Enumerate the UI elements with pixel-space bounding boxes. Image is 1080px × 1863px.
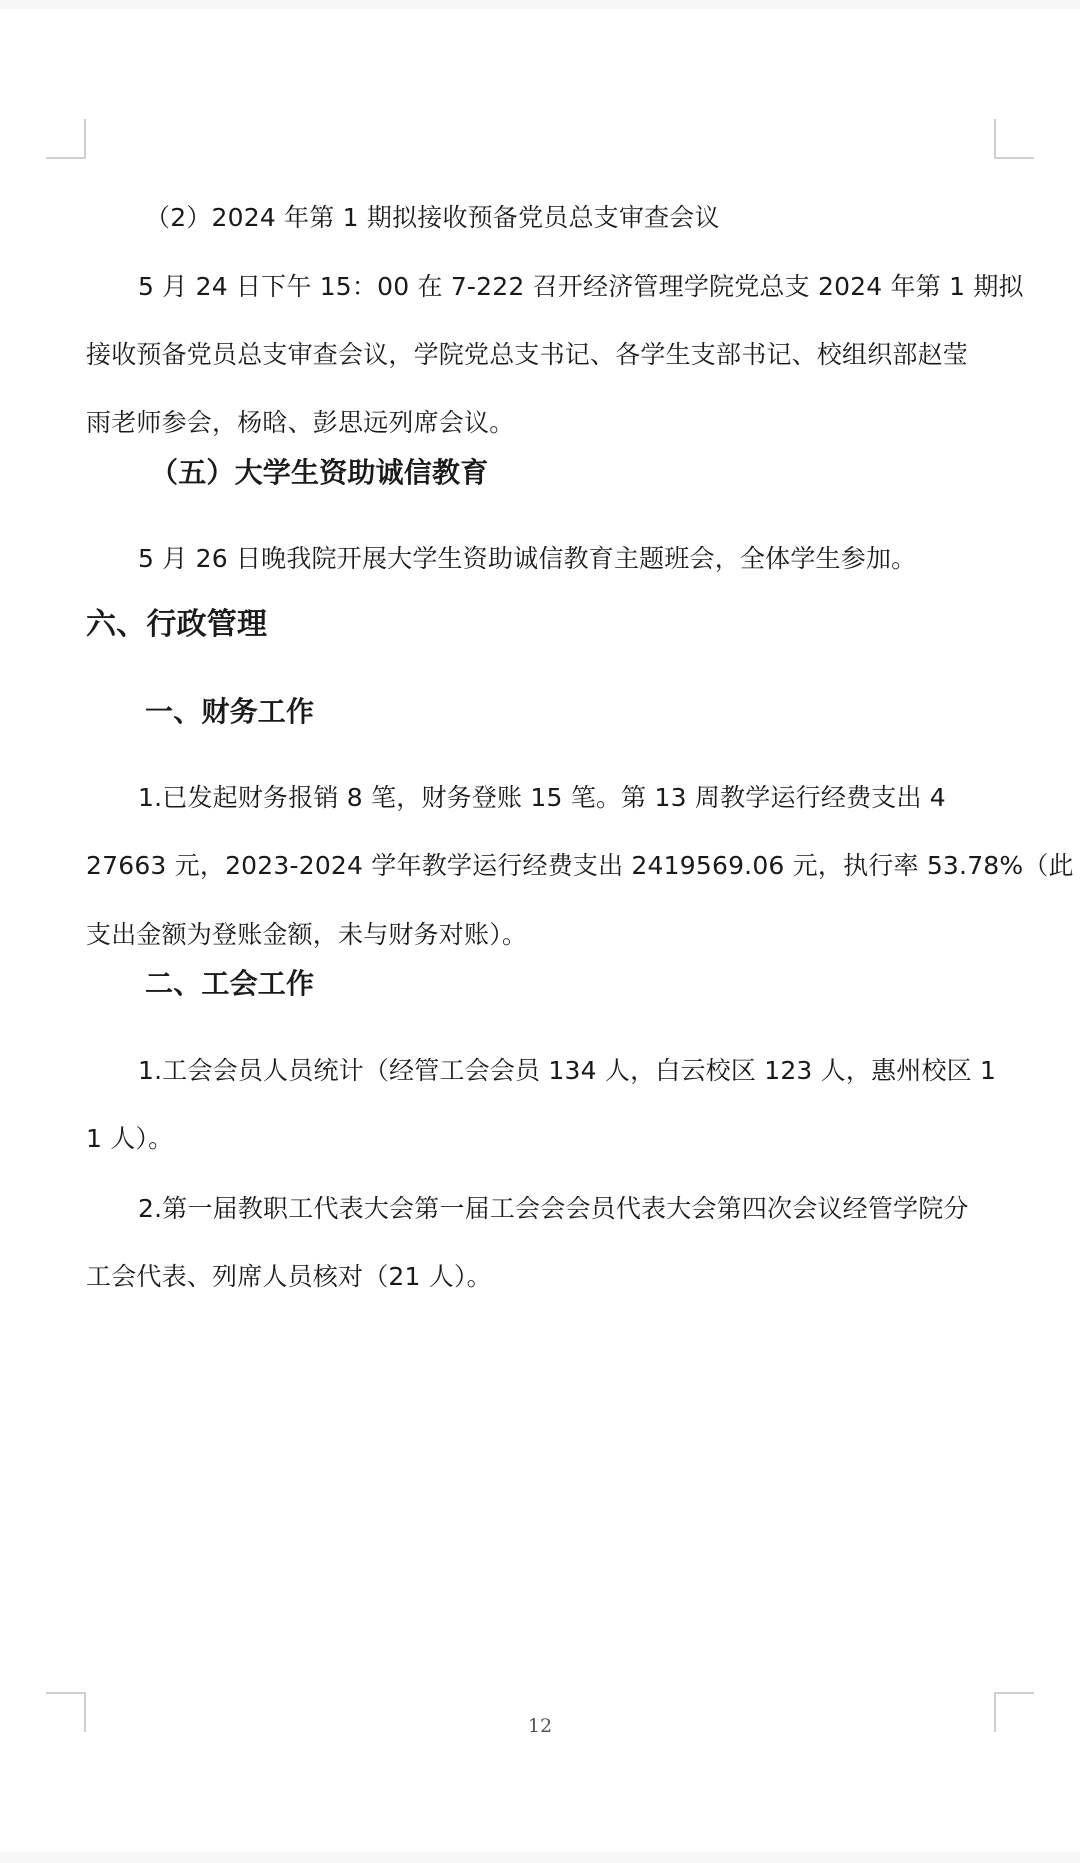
heading-finance-work: 一、财务工作 (145, 695, 1055, 729)
page-number: 12 (0, 1715, 1080, 1737)
heading-integrity-education: （五）大学生资助诚信教育 (150, 456, 1060, 490)
margin-corner-top-right (994, 119, 1034, 159)
paragraph-finance-line-2: 27663 元，2023-2024 学年教学运行经费支出 2419569.06 … (86, 849, 996, 883)
subheading-review-meeting: （2）2024 年第 1 期拟接收预备党员总支审查会议 (145, 201, 1055, 235)
paragraph-union-congress-line-2: 工会代表、列席人员核对（21 人）。 (86, 1260, 996, 1294)
paragraph-union-stats-line-2: 1 人）。 (86, 1122, 996, 1156)
heading-administration: 六、行政管理 (86, 608, 996, 642)
viewer-top-edge (0, 0, 1080, 9)
paragraph-union-stats-line-1: 1.工会会员人员统计（经管工会会员 134 人，白云校区 123 人，惠州校区 … (138, 1054, 1048, 1088)
paragraph-union-congress-line-1: 2.第一届教职工代表大会第一届工会会会员代表大会第四次会议经管学院分 (138, 1192, 1048, 1226)
paragraph-finance-line-3: 支出金额为登账金额，未与财务对账）。 (86, 918, 996, 952)
paragraph-review-meeting-line-2: 接收预备党员总支审查会议，学院党总支书记、各学生支部书记、校组织部赵莹 (86, 338, 996, 372)
margin-corner-top-left (46, 119, 86, 159)
paragraph-review-meeting-line-1: 5 月 24 日下午 15：00 在 7-222 召开经济管理学院党总支 202… (138, 270, 1048, 304)
paragraph-review-meeting-line-3: 雨老师参会，杨晗、彭思远列席会议。 (86, 406, 996, 440)
paragraph-finance-line-1: 1.已发起财务报销 8 笔，财务登账 15 笔。第 13 周教学运行经费支出 4 (138, 781, 1048, 815)
heading-union-work: 二、工会工作 (145, 967, 1055, 1001)
paragraph-integrity-education: 5 月 26 日晚我院开展大学生资助诚信教育主题班会，全体学生参加。 (138, 542, 1048, 576)
viewer-bottom-edge (0, 1852, 1080, 1863)
